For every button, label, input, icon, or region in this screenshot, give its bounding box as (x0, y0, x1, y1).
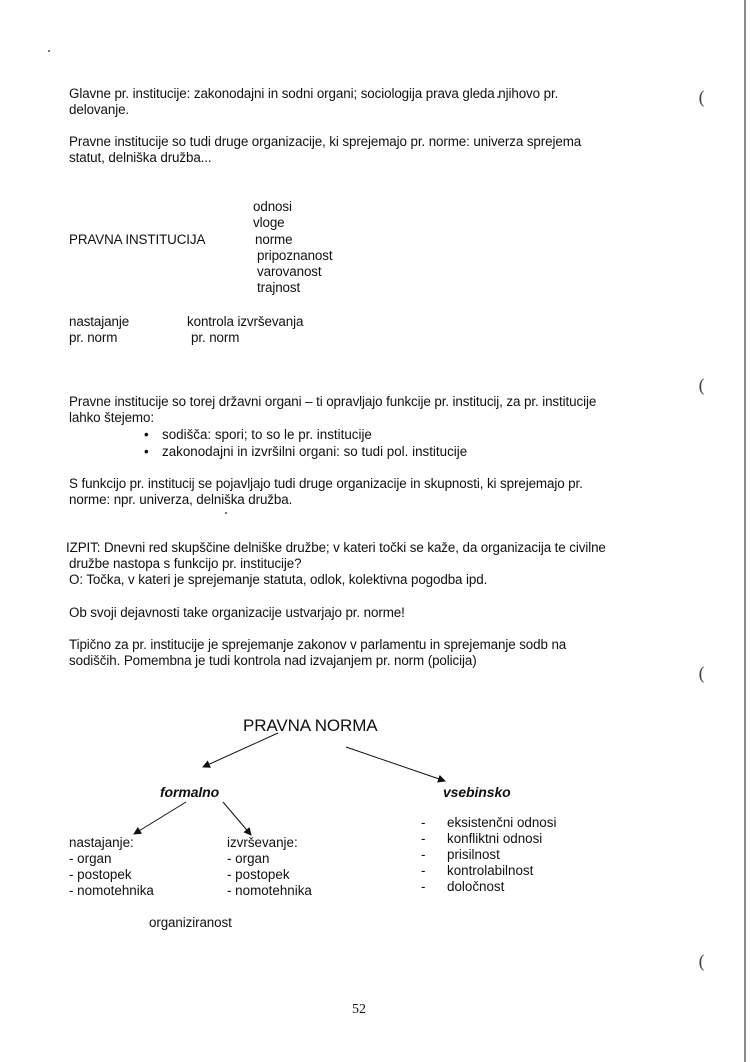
list-heading: nastajanje: (69, 835, 154, 851)
vsebinsko-list: eksistenčni odnosi konfliktni odnosi pri… (421, 815, 556, 895)
organiziranost-label: organiziranost (149, 914, 232, 931)
list-item: - postopek (227, 867, 312, 883)
arrow-to-nastajanje (134, 802, 186, 834)
document-page: ( ( ( ( Glavne pr. institucije: zakonoda… (0, 0, 750, 1062)
list-item: konfliktni odnosi (421, 831, 556, 847)
list-heading: izvrševanje: (227, 835, 312, 851)
list-item: - nomotehnika (227, 883, 312, 899)
list-item: - nomotehnika (69, 883, 154, 899)
list-item: - postopek (69, 867, 154, 883)
vsebinsko-label: vsebinsko (443, 784, 511, 801)
diagram-root-title: PRAVNA NORMA (243, 716, 378, 736)
izvrsevanje-list: izvrševanje: - organ - postopek - nomote… (227, 835, 312, 899)
arrow-to-izvrsevanje (223, 802, 251, 835)
list-item: - organ (69, 851, 154, 867)
nastajanje-list: nastajanje: - organ - postopek - nomoteh… (69, 835, 154, 899)
page-number: 52 (352, 1002, 366, 1018)
arrow-to-formalno (203, 733, 278, 767)
arrow-to-vsebinsko (346, 747, 445, 781)
list-item: - organ (227, 851, 312, 867)
list-item: določnost (421, 879, 556, 895)
formalno-label: formalno (160, 784, 219, 801)
list-item: kontrolabilnost (421, 863, 556, 879)
diagram-arrows (0, 0, 750, 1062)
list-item: eksistenčni odnosi (421, 815, 556, 831)
list-item: prisilnost (421, 847, 556, 863)
